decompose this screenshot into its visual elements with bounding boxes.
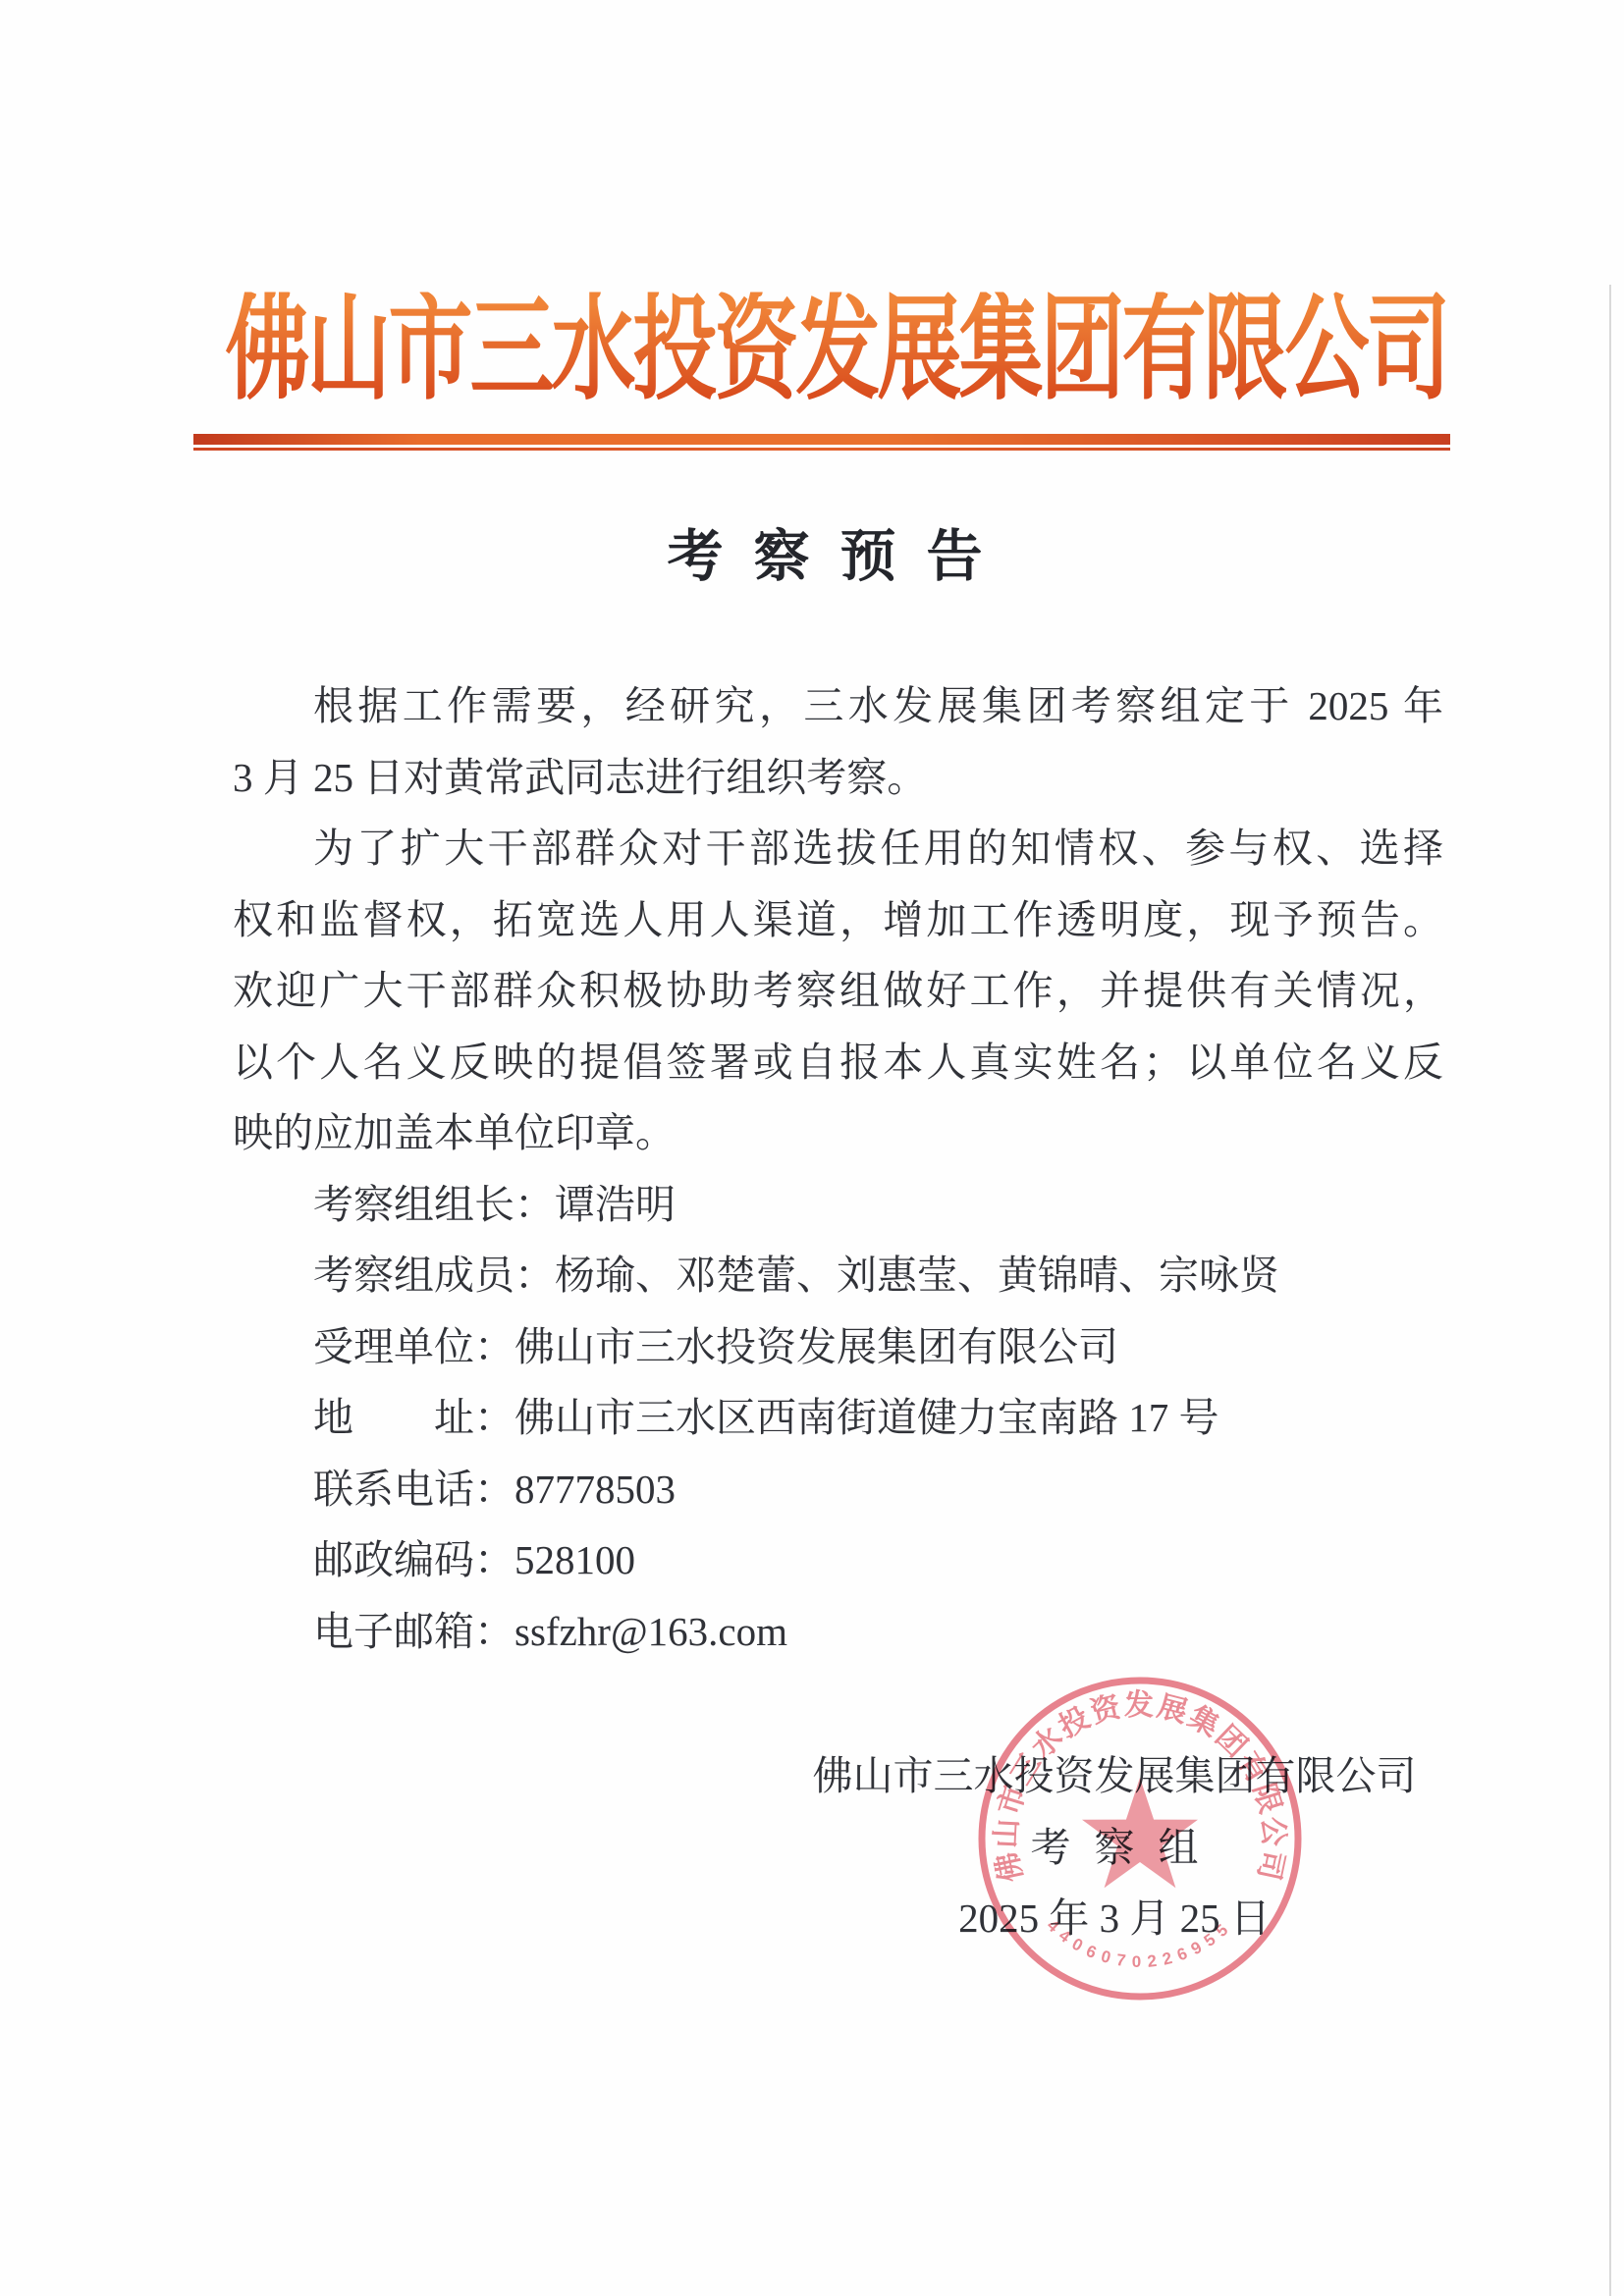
body-line: 为了扩大干部群众对干部选拔任用的知情权、参与权、选择 bbox=[233, 813, 1443, 884]
letterhead-row: 佛山市三水投资发展集团有限公司 bbox=[0, 307, 1624, 392]
divider-thin-line bbox=[193, 448, 1450, 451]
document-body: 根据工作需要，经研究，三水发展集团考察组定于 2025 年 3 月 25 日对黄… bbox=[233, 670, 1443, 1667]
signature-company: 佛山市三水投资发展集团有限公司 bbox=[795, 1740, 1434, 1812]
letterhead-divider bbox=[193, 434, 1450, 451]
body-line: 权和监督权，拓宽选人用人渠道，增加工作透明度，现予预告。 bbox=[233, 884, 1443, 956]
body-line: 映的应加盖本单位印章。 bbox=[233, 1097, 1443, 1169]
signature-group: 考察组 bbox=[795, 1812, 1457, 1884]
document-page: 佛山市三水投资发展集团有限公司 考察预告 根据工作需要，经研究，三水发展集团考察… bbox=[0, 0, 1624, 2296]
body-line: 以个人名义反映的提倡签署或自报本人真实姓名；以单位名义反 bbox=[233, 1027, 1443, 1098]
body-line: 欢迎广大干部群众积极协助考察组做好工作，并提供有关情况， bbox=[233, 955, 1443, 1027]
address-line: 地 址：佛山市三水区西南街道健力宝南路 17 号 bbox=[233, 1382, 1443, 1454]
inspection-members-line: 考察组成员：杨瑜、邓楚蕾、刘惠莹、黄锦晴、宗咏贤 bbox=[233, 1240, 1443, 1311]
divider-thick-line bbox=[193, 434, 1450, 445]
title-row: 考察预告 bbox=[0, 527, 1624, 588]
document-title: 考察预告 bbox=[668, 527, 1013, 588]
signature-block: 佛山市三水投资发展集团有限公司 考察组 2025 年 3 月 25 日 bbox=[795, 1740, 1434, 1954]
email-line: 电子邮箱：ssfzhr@163.com bbox=[233, 1596, 1443, 1668]
letterhead-company-title: 佛山市三水投资发展集团有限公司 bbox=[226, 293, 1448, 407]
signature-date: 2025 年 3 月 25 日 bbox=[795, 1883, 1434, 1954]
inspection-leader-line: 考察组组长：谭浩明 bbox=[233, 1169, 1443, 1241]
accepting-unit-line: 受理单位：佛山市三水投资发展集团有限公司 bbox=[233, 1311, 1443, 1383]
body-line: 3 月 25 日对黄常武同志进行组织考察。 bbox=[233, 742, 1443, 814]
phone-line: 联系电话：87778503 bbox=[233, 1454, 1443, 1525]
postcode-line: 邮政编码：528100 bbox=[233, 1524, 1443, 1596]
scan-edge-artifact bbox=[1609, 285, 1611, 2296]
body-line: 根据工作需要，经研究，三水发展集团考察组定于 2025 年 bbox=[233, 670, 1443, 742]
